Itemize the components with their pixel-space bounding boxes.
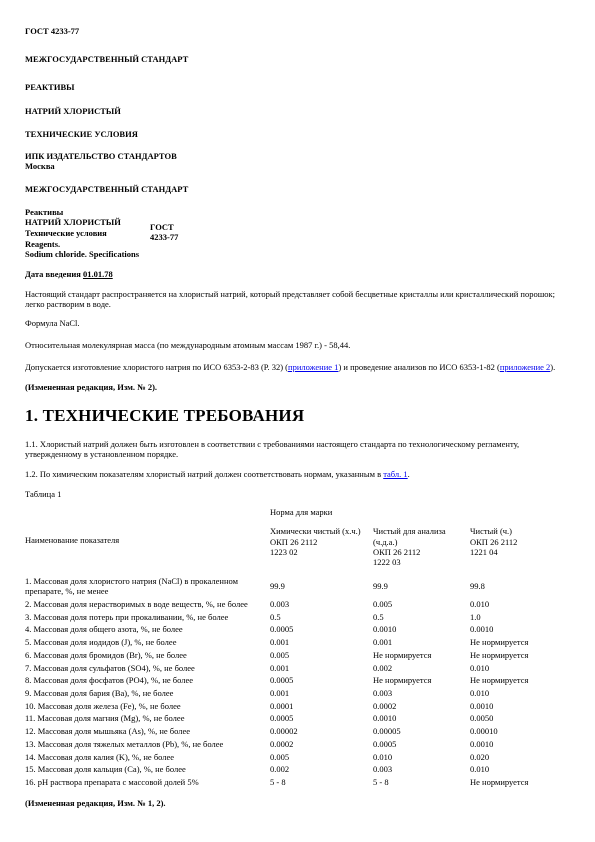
- value-pure-for-analysis: 0.005: [373, 598, 470, 611]
- indicator-name: 1. Массовая доля хлористого натрия (NaCl…: [25, 575, 270, 598]
- value-chemically-pure: 5 - 8: [270, 776, 373, 789]
- column-header-indicator: Наименование показателя: [25, 505, 270, 574]
- column-header-chda: Чистый для анализа (ч.д.а.) ОКП 26 2112 …: [373, 525, 470, 575]
- value-pure: 0.00010: [470, 725, 570, 738]
- value-chemically-pure: 0.003: [270, 598, 373, 611]
- indicator-name: 8. Массовая доля фосфатов (PO4), %, не б…: [25, 674, 270, 687]
- value-pure: 0.010: [470, 687, 570, 700]
- grade-chp-code: 1223 02: [270, 547, 369, 557]
- date-label: Дата введения: [25, 269, 83, 279]
- grade-chda-okp: ОКП 26 2112: [373, 547, 466, 557]
- value-pure-for-analysis: 0.0010: [373, 712, 470, 725]
- table-group-header-row: Наименование показателя Норма для марки: [25, 505, 570, 525]
- table-row: 10. Массовая доля железа (Fe), %, не бол…: [25, 700, 570, 713]
- gost-number: 4233-77: [150, 232, 178, 243]
- value-pure: 0.0010: [470, 738, 570, 751]
- table-row: 1. Массовая доля хлористого натрия (NaCl…: [25, 575, 570, 598]
- table-row: 3. Массовая доля потерь при прокаливании…: [25, 610, 570, 623]
- table-1-link[interactable]: табл. 1: [383, 469, 407, 479]
- value-chemically-pure: 0.001: [270, 661, 373, 674]
- value-pure-for-analysis: 5 - 8: [373, 776, 470, 789]
- value-pure: 0.010: [470, 598, 570, 611]
- value-pure: Не нормируется: [470, 636, 570, 649]
- value-chemically-pure: 0.0005: [270, 712, 373, 725]
- date-value: 01.01.78: [83, 269, 113, 279]
- indicator-name: 6. Массовая доля бромидов (Br), %, не бо…: [25, 649, 270, 662]
- value-pure: 99.8: [470, 575, 570, 598]
- doc-number-top: ГОСТ 4233-77: [25, 26, 570, 36]
- group-header-norm: Норма для марки: [270, 505, 570, 525]
- appendix-1-link[interactable]: приложение 1: [288, 362, 338, 372]
- value-pure-for-analysis: 0.003: [373, 763, 470, 776]
- indicator-name: 4. Массовая доля общего азота, %, не бол…: [25, 623, 270, 636]
- publisher-line: ИПК ИЗДАТЕЛЬСТВО СТАНДАРТОВ: [25, 151, 570, 161]
- formula-paragraph: Формула NaCl.: [25, 318, 570, 328]
- scope-paragraph: Настоящий стандарт распространяется на х…: [25, 289, 570, 309]
- value-chemically-pure: 0.5: [270, 610, 373, 623]
- amendment-note-1: (Измененная редакция, Изм. № 2).: [25, 382, 570, 392]
- value-pure: Не нормируется: [470, 674, 570, 687]
- value-pure-for-analysis: Не нормируется: [373, 674, 470, 687]
- indicator-name: 9. Массовая доля бария (Ba), %, не более: [25, 687, 270, 700]
- value-pure: 0.020: [470, 751, 570, 764]
- column-header-chp: Химически чистый (х.ч.) ОКП 26 2112 1223…: [270, 525, 373, 575]
- value-pure: 0.0010: [470, 623, 570, 636]
- title-block: Реактивы НАТРИЙ ХЛОРИСТЫЙ Технические ус…: [25, 207, 570, 260]
- clause-1-1: 1.1. Хлористый натрий должен быть изгото…: [25, 439, 570, 459]
- amendment-note-2: (Измененная редакция, Изм. № 1, 2).: [25, 798, 570, 808]
- grade-chp-okp: ОКП 26 2112: [270, 537, 369, 547]
- grade-ch-okp: ОКП 26 2112: [470, 537, 566, 547]
- specs-heading: ТЕХНИЧЕСКИЕ УСЛОВИЯ: [25, 129, 570, 139]
- table-row: 11. Массовая доля магния (Mg), %, не бол…: [25, 712, 570, 725]
- gost-word: ГОСТ: [150, 222, 178, 233]
- value-chemically-pure: 0.005: [270, 751, 373, 764]
- value-pure-for-analysis: 0.001: [373, 636, 470, 649]
- value-chemically-pure: 0.0001: [270, 700, 373, 713]
- value-chemically-pure: 0.0002: [270, 738, 373, 751]
- section-1-heading: 1. ТЕХНИЧЕСКИЕ ТРЕБОВАНИЯ: [25, 406, 570, 426]
- appendix-2-link[interactable]: приложение 2: [500, 362, 550, 372]
- value-chemically-pure: 0.005: [270, 649, 373, 662]
- table-row: 12. Массовая доля мышьяка (As), %, не бо…: [25, 725, 570, 738]
- value-pure-for-analysis: 0.0002: [373, 700, 470, 713]
- value-pure-for-analysis: Не нормируется: [373, 649, 470, 662]
- value-chemically-pure: 0.002: [270, 763, 373, 776]
- value-pure: 0.0010: [470, 700, 570, 713]
- table-row: 6. Массовая доля бромидов (Br), %, не бо…: [25, 649, 570, 662]
- table-body: 1. Массовая доля хлористого натрия (NaCl…: [25, 575, 570, 789]
- value-chemically-pure: 0.00002: [270, 725, 373, 738]
- table-row: 5. Массовая доля иодидов (J), %, не боле…: [25, 636, 570, 649]
- value-chemically-pure: 0.001: [270, 687, 373, 700]
- column-header-ch: Чистый (ч.) ОКП 26 2112 1221 04: [470, 525, 570, 575]
- value-pure-for-analysis: 0.5: [373, 610, 470, 623]
- value-pure: 0.010: [470, 763, 570, 776]
- table-row: 16. pH раствора препарата с массовой дол…: [25, 776, 570, 789]
- clause-1-2-post: .: [408, 469, 410, 479]
- value-pure-for-analysis: 0.003: [373, 687, 470, 700]
- iso-text-mid: ) и проведение анализов по ИСО 6353-1-82…: [338, 362, 499, 372]
- clause-1-2-text: 1.2. По химическим показателям хлористый…: [25, 469, 383, 479]
- value-pure-for-analysis: 0.010: [373, 751, 470, 764]
- indicator-name: 10. Массовая доля железа (Fe), %, не бол…: [25, 700, 270, 713]
- iso-text-pre: Допускается изготовление хлористого натр…: [25, 362, 288, 372]
- table-row: 2. Массовая доля нерастворимых в воде ве…: [25, 598, 570, 611]
- value-chemically-pure: 0.0005: [270, 674, 373, 687]
- table-row: 15. Массовая доля кальция (Ca), %, не бо…: [25, 763, 570, 776]
- reagents-heading: РЕАКТИВЫ: [25, 82, 570, 92]
- title-specs: Технические условия: [25, 228, 150, 239]
- publisher-city: Москва: [25, 161, 570, 171]
- value-chemically-pure: 99.9: [270, 575, 373, 598]
- value-chemically-pure: 0.001: [270, 636, 373, 649]
- indicator-name: 14. Массовая доля калия (K), %, не более: [25, 751, 270, 764]
- document-page: ГОСТ 4233-77 МЕЖГОСУДАРСТВЕННЫЙ СТАНДАРТ…: [0, 0, 595, 842]
- value-pure: 0.010: [470, 661, 570, 674]
- value-pure: 0.0050: [470, 712, 570, 725]
- title-block-gost-number: ГОСТ 4233-77: [150, 207, 178, 243]
- indicator-name: 12. Массовая доля мышьяка (As), %, не бо…: [25, 725, 270, 738]
- indicator-name: 2. Массовая доля нерастворимых в воде ве…: [25, 598, 270, 611]
- indicator-name: 16. pH раствора препарата с массовой дол…: [25, 776, 270, 789]
- clause-1-2: 1.2. По химическим показателям хлористый…: [25, 469, 570, 479]
- indicator-name: 15. Массовая доля кальция (Ca), %, не бо…: [25, 763, 270, 776]
- indicator-name: 3. Массовая доля потерь при прокаливании…: [25, 610, 270, 623]
- molecular-mass-paragraph: Относительная молекулярная масса (по меж…: [25, 340, 570, 350]
- requirements-table: Наименование показателя Норма для марки …: [25, 505, 570, 788]
- title-block-left: Реактивы НАТРИЙ ХЛОРИСТЫЙ Технические ус…: [25, 207, 150, 260]
- standard-type-heading-2: МЕЖГОСУДАРСТВЕННЫЙ СТАНДАРТ: [25, 184, 570, 194]
- table-row: 14. Массовая доля калия (K), %, не более…: [25, 751, 570, 764]
- value-pure-for-analysis: 0.00005: [373, 725, 470, 738]
- grade-chda-name: Чистый для анализа (ч.д.а.): [373, 526, 466, 547]
- value-pure-for-analysis: 0.002: [373, 661, 470, 674]
- title-name-caps: НАТРИЙ ХЛОРИСТЫЙ: [25, 217, 150, 228]
- indicator-name: 13. Массовая доля тяжелых металлов (Pb),…: [25, 738, 270, 751]
- doc-title-caps: НАТРИЙ ХЛОРИСТЫЙ: [25, 106, 570, 116]
- table-caption: Таблица 1: [25, 489, 570, 499]
- iso-paragraph: Допускается изготовление хлористого натр…: [25, 362, 570, 372]
- value-pure-for-analysis: 99.9: [373, 575, 470, 598]
- title-reagents: Реактивы: [25, 207, 150, 218]
- value-pure-for-analysis: 0.0005: [373, 738, 470, 751]
- value-pure: 1.0: [470, 610, 570, 623]
- iso-text-post: ).: [550, 362, 555, 372]
- table-row: 8. Массовая доля фосфатов (PO4), %, не б…: [25, 674, 570, 687]
- title-reagents-en: Reagents.: [25, 239, 150, 250]
- value-chemically-pure: 0.0005: [270, 623, 373, 636]
- table-row: 7. Массовая доля сульфатов (SO4), %, не …: [25, 661, 570, 674]
- value-pure: Не нормируется: [470, 776, 570, 789]
- indicator-name: 5. Массовая доля иодидов (J), %, не боле…: [25, 636, 270, 649]
- grade-chda-code: 1222 03: [373, 557, 466, 567]
- date-line: Дата введения 01.01.78: [25, 269, 570, 279]
- indicator-name: 11. Массовая доля магния (Mg), %, не бол…: [25, 712, 270, 725]
- standard-type-heading-1: МЕЖГОСУДАРСТВЕННЫЙ СТАНДАРТ: [25, 54, 570, 64]
- title-name-en: Sodium chloride. Specifications: [25, 249, 150, 260]
- indicator-name: 7. Массовая доля сульфатов (SO4), %, не …: [25, 661, 270, 674]
- value-pure: Не нормируется: [470, 649, 570, 662]
- grade-ch-code: 1221 04: [470, 547, 566, 557]
- value-pure-for-analysis: 0.0010: [373, 623, 470, 636]
- table-row: 9. Массовая доля бария (Ba), %, не более…: [25, 687, 570, 700]
- table-row: 4. Массовая доля общего азота, %, не бол…: [25, 623, 570, 636]
- table-row: 13. Массовая доля тяжелых металлов (Pb),…: [25, 738, 570, 751]
- grade-ch-name: Чистый (ч.): [470, 526, 566, 536]
- grade-chp-name: Химически чистый (х.ч.): [270, 526, 369, 536]
